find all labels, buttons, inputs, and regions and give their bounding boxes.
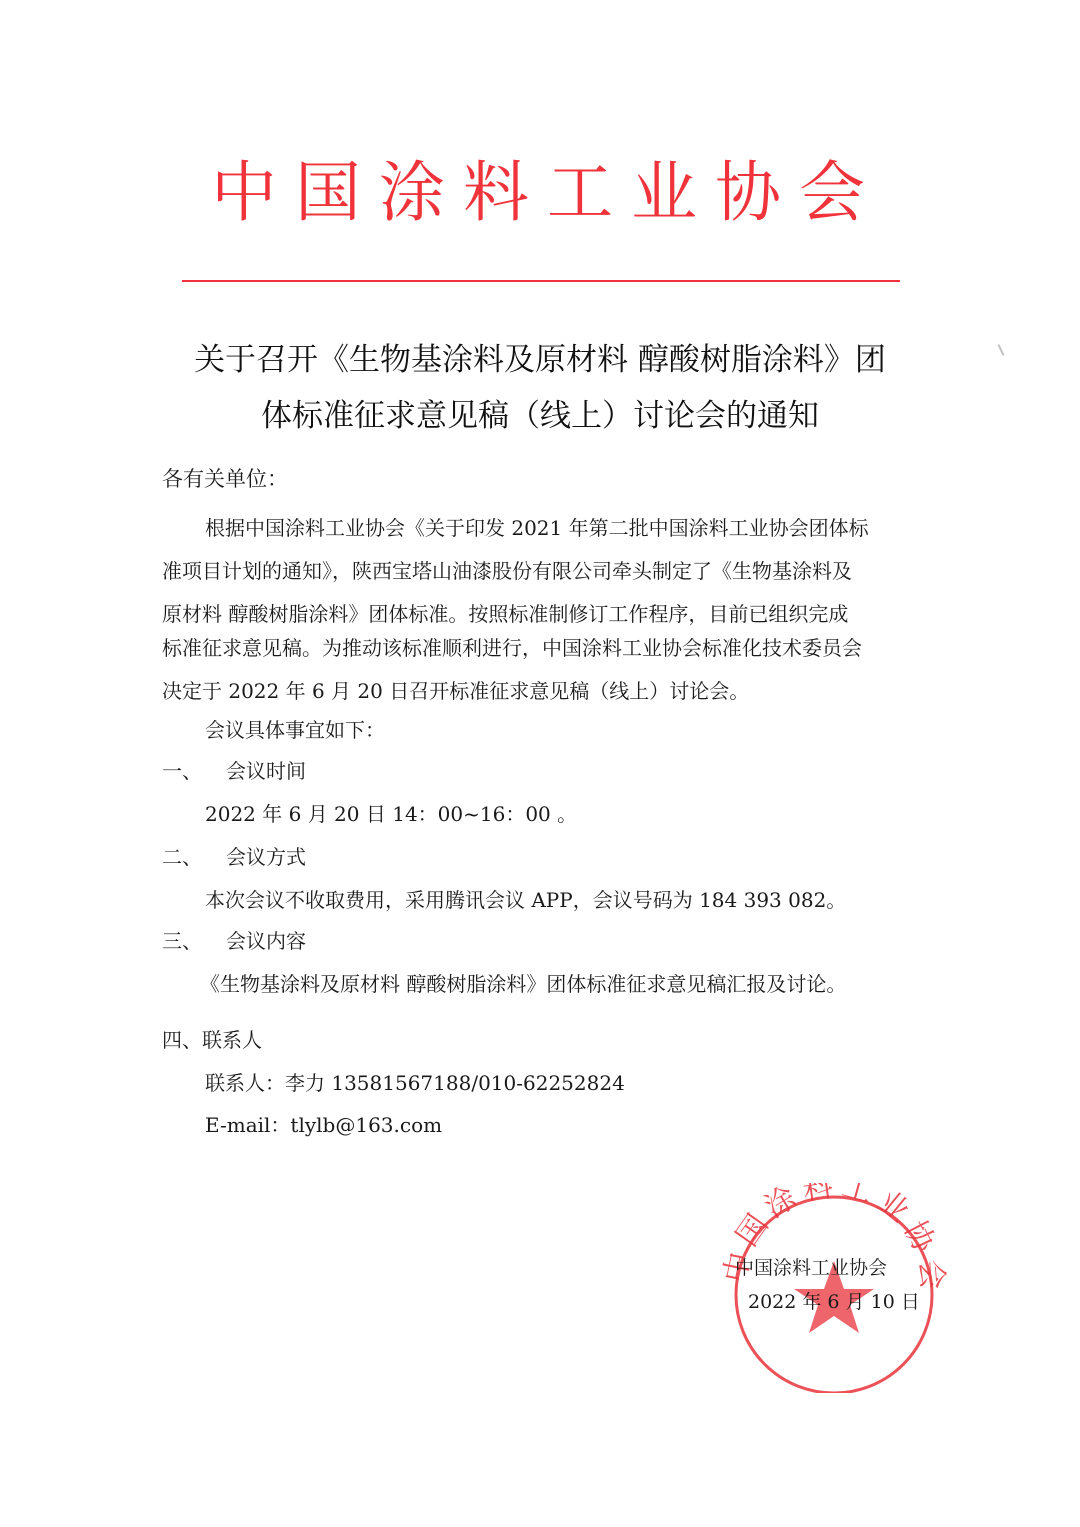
section-heading-content: 三、会议内容 bbox=[162, 926, 306, 956]
section-heading-contact: 四、联系人 bbox=[162, 1025, 262, 1055]
section-title: 会议方式 bbox=[226, 845, 306, 869]
section-heading-method: 二、会议方式 bbox=[162, 842, 306, 872]
contact-email: E-mail：tlylb@163.com bbox=[205, 1110, 442, 1140]
body-line-5: 决定于 2022 年 6 月 20 日召开标准征求意见稿（线上）讨论会。 bbox=[162, 676, 749, 706]
notice-title-line-2: 体标准征求意见稿（线上）讨论会的通知 bbox=[150, 388, 930, 444]
notice-title-line-1: 关于召开《生物基涂料及原材料 醇酸树脂涂料》团 bbox=[150, 332, 930, 388]
section-number: 三、 bbox=[162, 926, 226, 956]
section-title: 会议时间 bbox=[226, 759, 306, 783]
notice-title: 关于召开《生物基涂料及原材料 醇酸树脂涂料》团 体标准征求意见稿（线上）讨论会的… bbox=[150, 332, 930, 444]
meeting-time: 2022 年 6 月 20 日 14：00~16：00 。 bbox=[205, 799, 577, 829]
body-line-1: 根据中国涂料工业协会《关于印发 2021 年第二批中国涂料工业协会团体标 bbox=[205, 513, 869, 543]
section-title: 会议内容 bbox=[226, 929, 306, 953]
meeting-content: 《生物基涂料及原材料 醇酸树脂涂料》团体标准征求意见稿汇报及讨论。 bbox=[200, 969, 846, 999]
body-line-3: 原材料 醇酸树脂涂料》团体标准。按照标准制修订工作程序，目前已组织完成 bbox=[162, 599, 848, 629]
contact-person: 联系人：李力 13581567188/010-62252824 bbox=[205, 1068, 625, 1098]
signature-date: 2022 年 6 月 10 日 bbox=[748, 1289, 920, 1315]
section-number: 一、 bbox=[162, 756, 226, 786]
salutation: 各有关单位： bbox=[162, 464, 288, 494]
section-number: 二、 bbox=[162, 842, 226, 872]
scan-artifact bbox=[998, 344, 1005, 356]
details-intro: 会议具体事宜如下： bbox=[205, 715, 385, 745]
section-heading-time: 一、会议时间 bbox=[162, 756, 306, 786]
official-seal-icon: 中国涂料工业协会 bbox=[718, 1183, 950, 1393]
signature-organization: 中国涂料工业协会 bbox=[735, 1255, 887, 1281]
body-line-4: 标准征求意见稿。为推动该标准顺利进行，中国涂料工业协会标准化技术委员会 bbox=[162, 633, 862, 663]
letterhead-title: 中国涂料工业协会 bbox=[0, 148, 1080, 238]
document-page: 中国涂料工业协会 关于召开《生物基涂料及原材料 醇酸树脂涂料》团 体标准征求意见… bbox=[0, 0, 1080, 1527]
body-line-2: 准项目计划的通知》，陕西宝塔山油漆股份有限公司牵头制定了《生物基涂料及 bbox=[162, 556, 852, 586]
meeting-method: 本次会议不收取费用，采用腾讯会议 APP，会议号码为 184 393 082。 bbox=[205, 885, 846, 915]
letterhead-divider bbox=[182, 280, 900, 282]
